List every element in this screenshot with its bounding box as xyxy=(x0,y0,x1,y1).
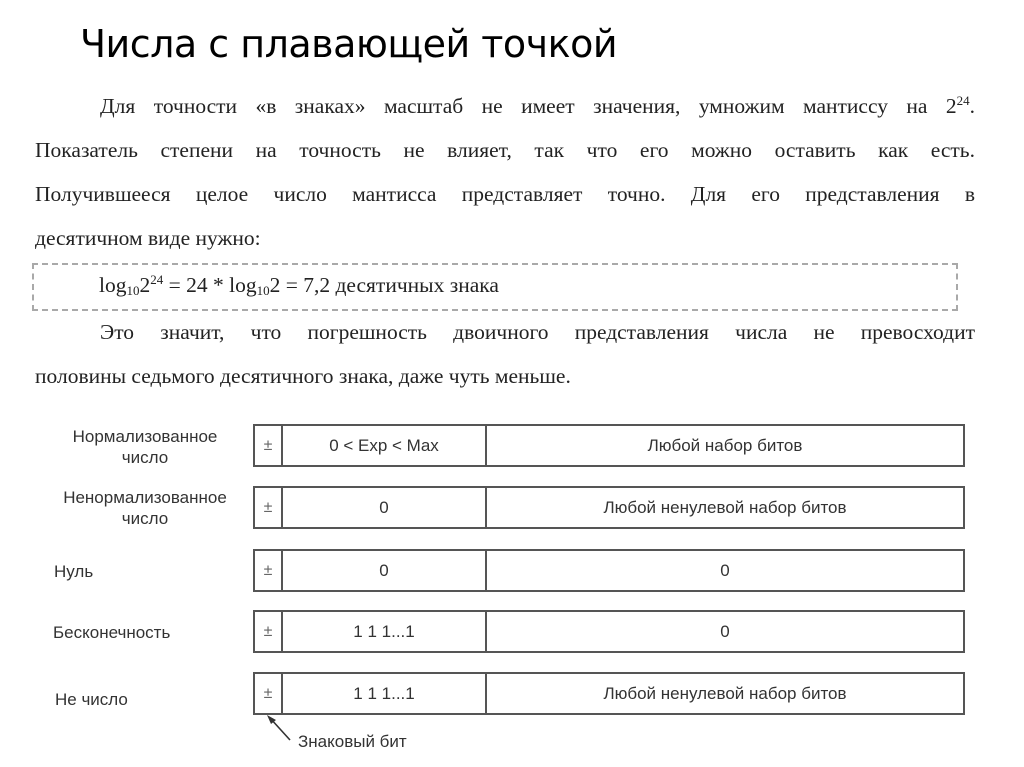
format-row-zero: ± 0 0 xyxy=(253,549,965,592)
sign-cell: ± xyxy=(255,612,283,651)
paragraph-line: Для точности «в знаках» масштаб не имеет… xyxy=(35,84,975,128)
mantissa-cell: Любой ненулевой набор битов xyxy=(487,488,963,527)
row-label-nan: Не число xyxy=(55,689,265,710)
sign-cell: ± xyxy=(255,488,283,527)
sign-cell: ± xyxy=(255,426,283,465)
mantissa-cell: 0 xyxy=(487,612,963,651)
exponent-cell: 1 1 1...1 xyxy=(283,674,487,713)
format-row-normalized: ± 0 < Exp < Max Любой набор битов xyxy=(253,424,965,467)
formula-box: log10224 = 24 * log102 = 7,2 десятичных … xyxy=(32,263,958,311)
row-label-infinity: Бесконечность xyxy=(53,622,263,643)
paragraph-line: Показатель степени на точность не влияет… xyxy=(35,128,975,172)
paragraph-line: Это значит, что погрешность двоичного пр… xyxy=(35,310,975,354)
mantissa-cell: Любой ненулевой набор битов xyxy=(487,674,963,713)
paragraph-precision: Для точности «в знаках» масштаб не имеет… xyxy=(35,84,975,260)
slide-title: Числа с плавающей точкой xyxy=(80,22,617,66)
formula: log10224 = 24 * log102 = 7,2 десятичных … xyxy=(99,273,499,298)
mantissa-cell: 0 xyxy=(487,551,963,590)
exponent-cell: 0 xyxy=(283,488,487,527)
sign-cell: ± xyxy=(255,551,283,590)
format-row-nan: ± 1 1 1...1 Любой ненулевой набор битов xyxy=(253,672,965,715)
paragraph-error: Это значит, что погрешность двоичного пр… xyxy=(35,310,975,398)
paragraph-line: Получившееся целое число мантисса предст… xyxy=(35,172,975,216)
exponent-cell: 1 1 1...1 xyxy=(283,612,487,651)
row-label-normalized: Нормализованное число xyxy=(40,426,250,468)
format-row-denormalized: ± 0 Любой ненулевой набор битов xyxy=(253,486,965,529)
format-row-infinity: ± 1 1 1...1 0 xyxy=(253,610,965,653)
paragraph-line: половины седьмого десятичного знака, даж… xyxy=(35,354,975,398)
exponent-cell: 0 < Exp < Max xyxy=(283,426,487,465)
exponent-cell: 0 xyxy=(283,551,487,590)
arrow-icon xyxy=(260,710,300,746)
mantissa-cell: Любой набор битов xyxy=(487,426,963,465)
paragraph-line: десятичном виде нужно: xyxy=(35,216,975,260)
sign-bit-note: Знаковый бит xyxy=(298,732,407,752)
row-label-zero: Нуль xyxy=(54,561,264,582)
sign-cell: ± xyxy=(255,674,283,713)
row-label-denormalized: Ненормализованное число xyxy=(38,487,252,529)
